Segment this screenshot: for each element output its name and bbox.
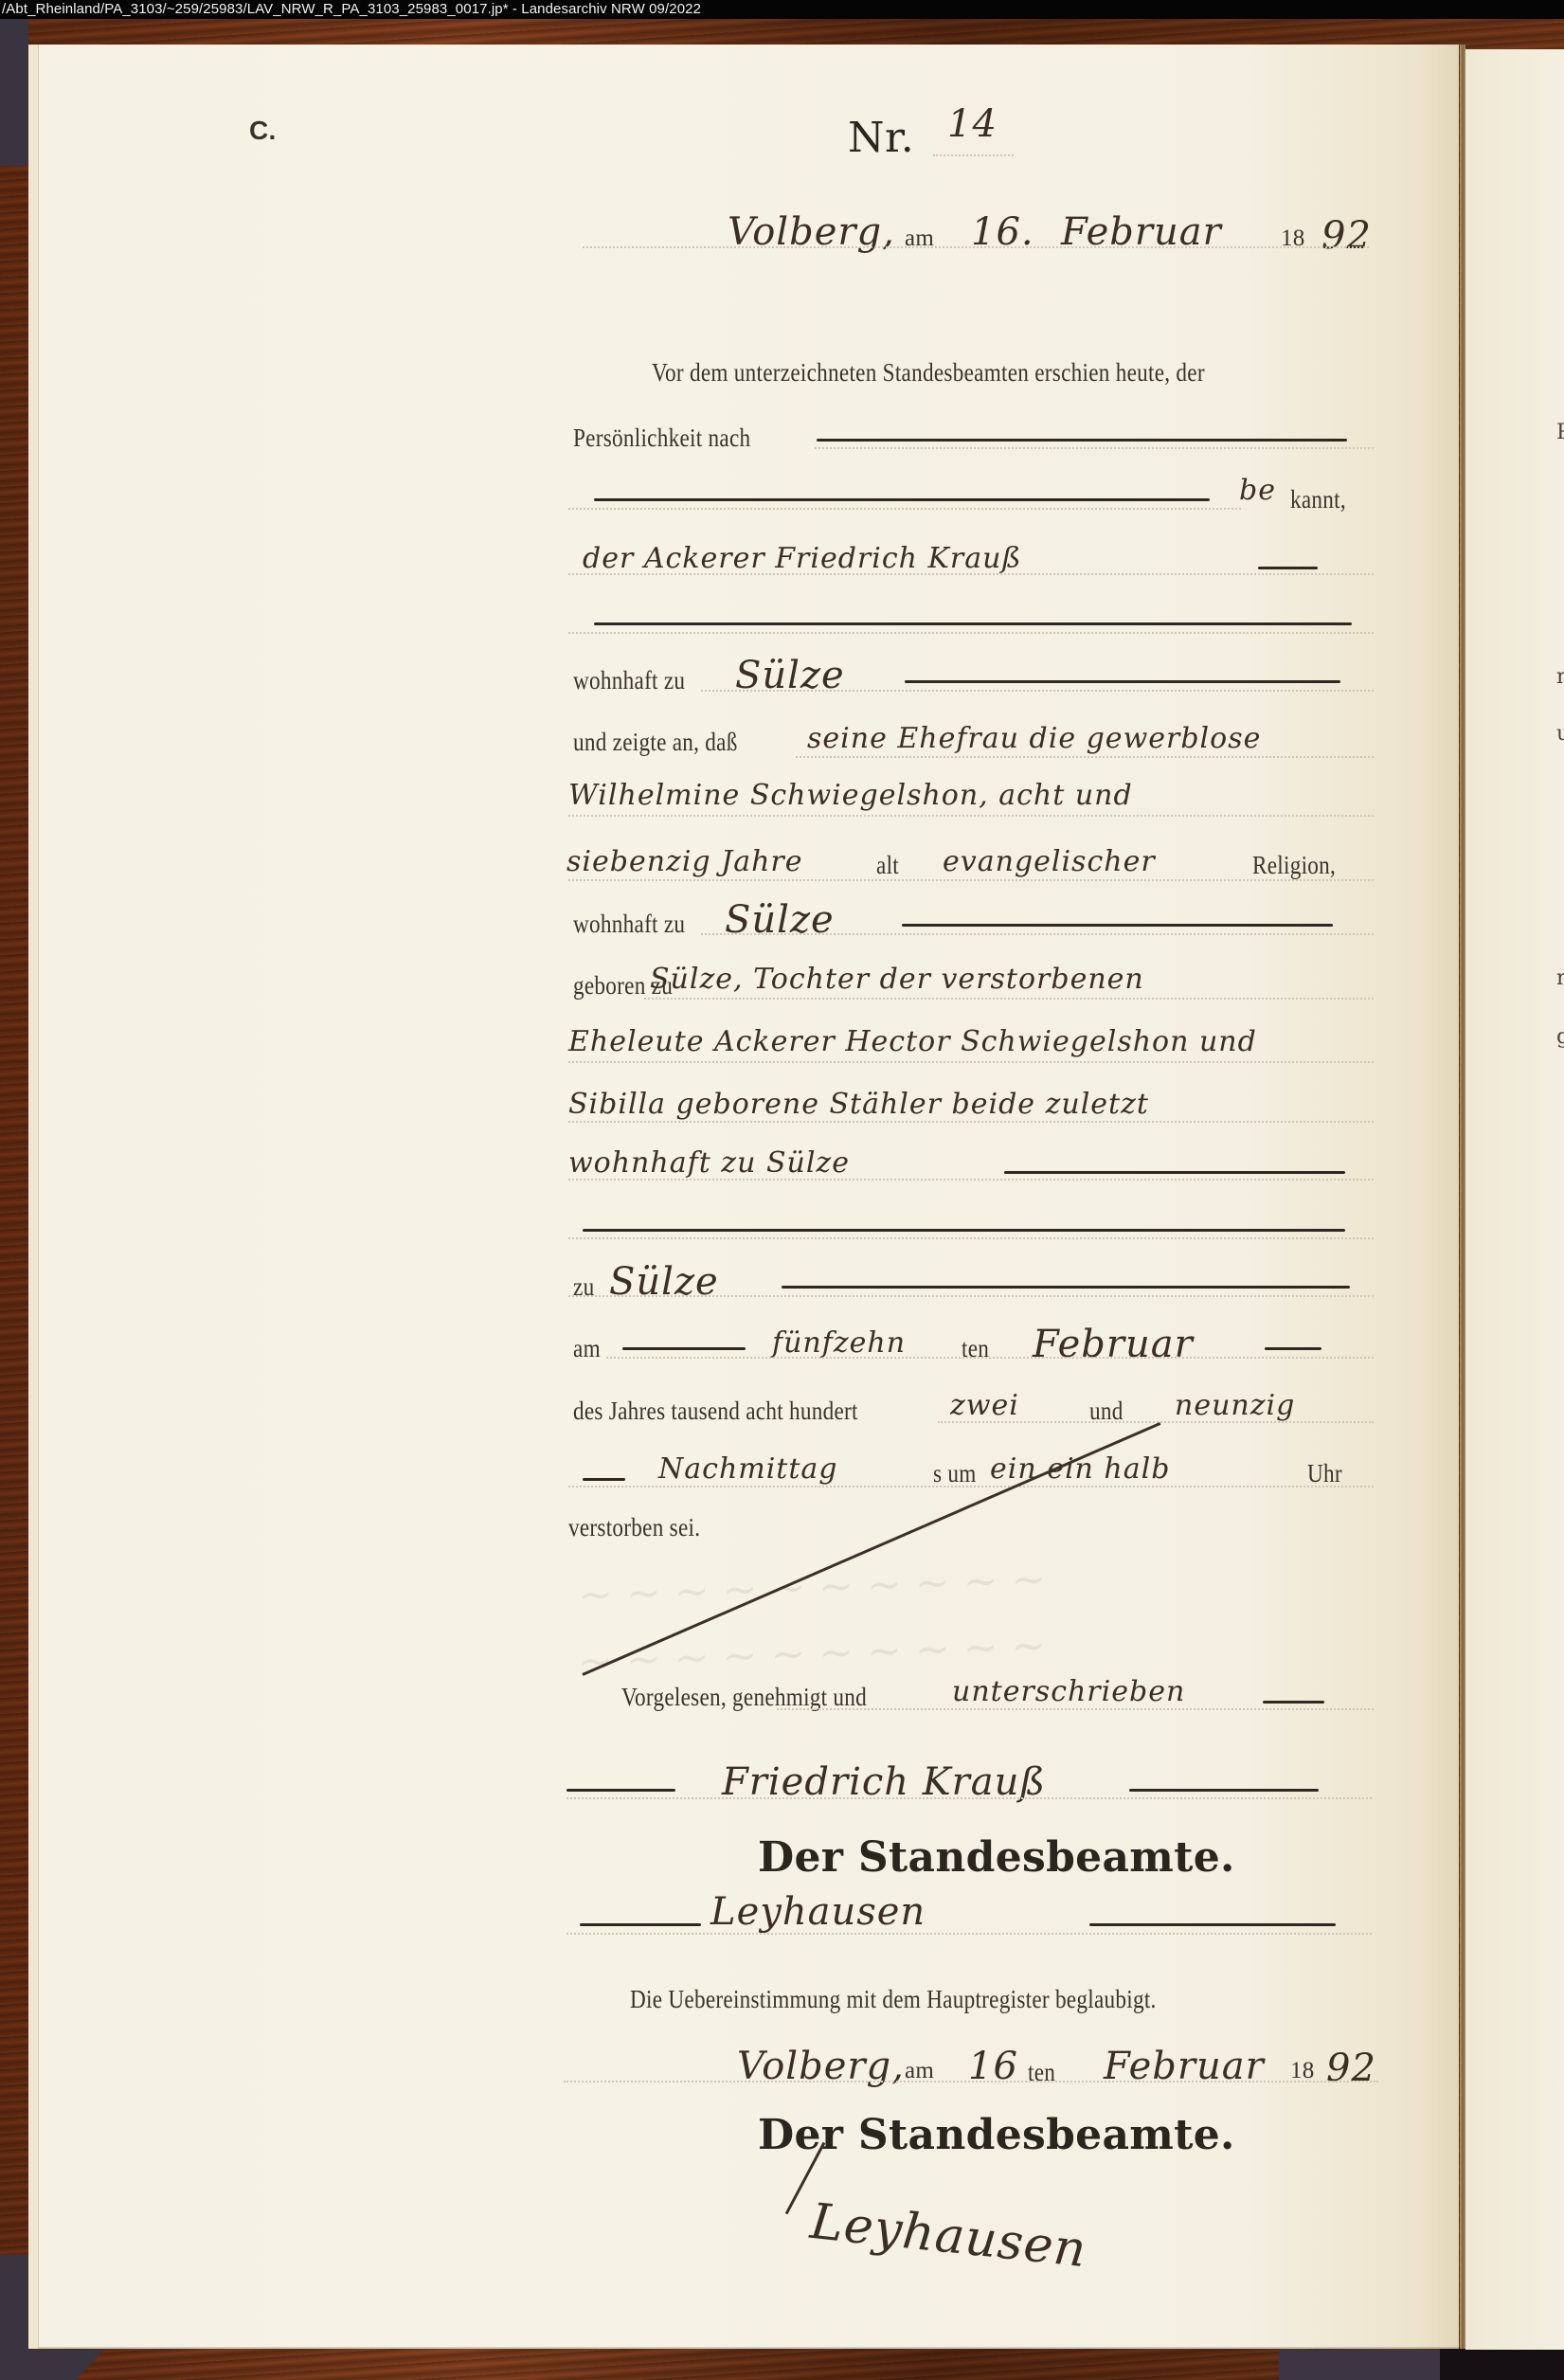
parents-line: Sibilla geborene Stähler beide zuletzt [568, 1088, 1149, 1121]
dotted-line [564, 2081, 1378, 2082]
blank-rule [594, 622, 1352, 625]
dotted-line [815, 447, 1374, 449]
declarant-name: der Ackerer Friedrich Krauß [583, 542, 1022, 575]
intro-text: Vor dem unterzeichneten Standesbeamten e… [652, 358, 1205, 388]
dotted-line [566, 1933, 1372, 1935]
dotted-line [568, 1179, 1374, 1181]
death-place-label: zu [573, 1272, 594, 1302]
blank-rule [622, 1347, 746, 1350]
born-place-and-daughter: Sülze, Tochter der verstorbenen [650, 963, 1144, 996]
known-hand: be [1239, 474, 1276, 507]
parents-line: wohnhaft zu Sülze [568, 1146, 850, 1180]
approval-hand: unterschrieben [952, 1675, 1185, 1708]
facing-page: P n u n g [1465, 49, 1564, 2350]
dotted-line [701, 690, 1374, 692]
deceased-age: siebenzig Jahre [566, 845, 803, 878]
dotted-line [568, 1121, 1374, 1123]
dotted-line [568, 815, 1374, 817]
residence-value: Sülze [725, 898, 835, 942]
blank-rule [905, 680, 1340, 683]
dotted-line [568, 573, 1374, 575]
residence-label: wohnhaft zu [573, 666, 685, 695]
record-number: 14 [947, 102, 998, 146]
facing-page-fragment: n [1556, 966, 1564, 990]
death-day-suffix: ten [962, 1334, 989, 1363]
facing-page-fragment: n [1556, 665, 1564, 689]
dotted-line [568, 632, 1374, 634]
blank-rule [583, 1229, 1345, 1232]
dotted-line [568, 1486, 1374, 1487]
blank-rule [817, 439, 1347, 442]
facing-page-fragment: g [1556, 1025, 1564, 1049]
cert-officer-title: Der Standesbeamte. [758, 2111, 1235, 2159]
blank-rule [583, 1478, 625, 1481]
dotted-line [568, 1061, 1374, 1063]
dotted-line [566, 1797, 1372, 1799]
facing-page-fragment: P [1556, 421, 1564, 444]
dotted-line [933, 154, 1014, 156]
dotted-line [701, 933, 1374, 935]
certification-text: Die Uebereinstimmung mit dem Hauptregist… [630, 1985, 1157, 2014]
announce-hand: seine Ehefrau die gewerblose [807, 722, 1261, 755]
blank-rule [782, 1286, 1350, 1289]
blank-rule [1263, 1701, 1324, 1704]
dotted-line [777, 1708, 1374, 1710]
facing-page-fragment: u [1556, 722, 1564, 746]
death-time-of-day: Nachmittag [658, 1452, 838, 1486]
blank-rule [1129, 1789, 1319, 1792]
dotted-line [583, 246, 1369, 248]
known-print: kannt, [1290, 485, 1346, 514]
header-year-suffix: 92 [1321, 214, 1372, 258]
officer-signature: Leyhausen [710, 1890, 926, 1934]
age-label: alt [876, 851, 899, 880]
death-day: fünfzehn [772, 1326, 906, 1360]
deceased-name-line: Wilhelmine Schwiegelshon, acht und [568, 779, 1133, 812]
viewer-file-title: /Abt_Rheinland/PA_3103/~259/25983/LAV_NR… [2, 1, 701, 17]
cover-cloth-corner [0, 19, 28, 166]
deceased-religion: evangelischer [943, 845, 1156, 878]
parents-line: Eheleute Ackerer Hector Schwiegelshon un… [568, 1025, 1257, 1058]
dotted-line [568, 508, 1241, 510]
blank-rule [1258, 567, 1318, 569]
time-label: Uhr [1307, 1459, 1342, 1488]
viewer-title-bar: /Abt_Rheinland/PA_3103/~259/25983/LAV_NR… [0, 0, 1564, 19]
blank-rule [1089, 1923, 1336, 1926]
identity-label: Persönlichkeit nach [573, 424, 750, 453]
death-place: Sülze [609, 1260, 719, 1304]
died-label: verstorben sei. [568, 1513, 700, 1542]
shadow-corner [1440, 2348, 1564, 2380]
time-print: s um [933, 1459, 977, 1488]
form-letter: C. [249, 116, 277, 146]
religion-label: Religion, [1252, 851, 1336, 880]
page-edge [28, 45, 39, 2349]
death-month: Februar [1033, 1323, 1194, 1366]
death-date-label: am [573, 1334, 601, 1363]
announce-label: und zeigte an, daß [573, 728, 738, 757]
record-number-label: Nr. [848, 114, 914, 162]
blank-rule [1004, 1171, 1345, 1174]
officer-title: Der Standesbeamte. [758, 1833, 1235, 1882]
dotted-line [606, 1357, 1374, 1359]
year-text-hand: zwei [950, 1389, 1019, 1422]
dotted-line [568, 1295, 1374, 1297]
year-text-hand: neunzig [1175, 1389, 1295, 1422]
cert-year-suffix: 92 [1326, 2046, 1376, 2090]
dotted-line [568, 879, 1374, 881]
cert-day-suffix: ten [1028, 2058, 1055, 2087]
blank-rule [580, 1923, 701, 1926]
blank-rule [594, 498, 1210, 501]
dotted-line [644, 998, 1374, 1000]
blank-rule [566, 1789, 675, 1792]
year-text-print: des Jahres tausend acht hundert [573, 1397, 858, 1426]
blank-rule [1265, 1347, 1321, 1350]
residence-label: wohnhaft zu [573, 910, 685, 939]
dotted-line [796, 756, 1374, 758]
blank-rule [902, 924, 1333, 927]
dotted-line [568, 1237, 1374, 1239]
